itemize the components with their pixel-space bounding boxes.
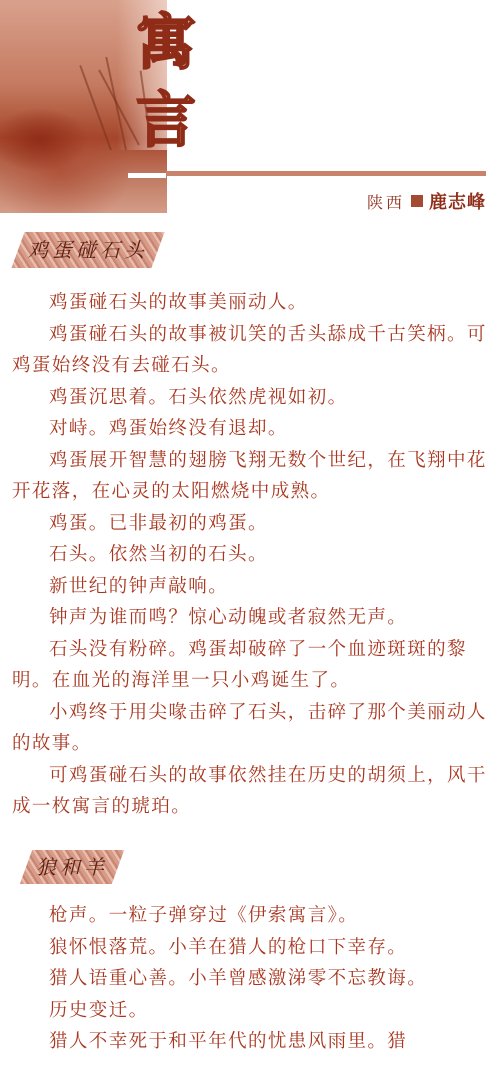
- paragraph: 猎人语重心善。小羊曾感激涕零不忘教诲。: [12, 963, 492, 995]
- paragraph: 鸡蛋。已非最初的鸡蛋。: [12, 508, 492, 540]
- paragraph: 石头。依然当初的石头。: [12, 539, 492, 571]
- section-heading-text: 鸡蛋碰石头: [28, 232, 148, 268]
- author-name: 鹿志峰: [429, 188, 486, 214]
- section-heading-1: 鸡蛋碰石头: [11, 232, 164, 268]
- paragraph: 鸡蛋展开智慧的翅膀飞翔无数个世纪，在飞翔中花开花落，在心灵的太阳燃烧中成熟。: [12, 445, 492, 508]
- paragraph: 鸡蛋碰石头的故事被讥笑的舌头舔成千古笑柄。可鸡蛋始终没有去碰石头。: [12, 319, 492, 382]
- paragraph: 可鸡蛋碰石头的故事依然挂在历史的胡须上，风干成一枚寓言的琥珀。: [12, 760, 492, 823]
- paragraph: 历史变迁。: [12, 995, 492, 1027]
- paragraph: 石头没有粉碎。鸡蛋却破碎了一个血迹斑斑的黎明。在血光的海洋里一只小鸡诞生了。: [12, 634, 492, 697]
- author-line: 陕西 鹿志峰: [367, 188, 486, 214]
- paragraph: 狼怀恨落荒。小羊在猎人的枪口下幸存。: [12, 932, 492, 964]
- paragraph: 新世纪的钟声敲响。: [12, 571, 492, 603]
- paragraph: 对峙。鸡蛋始终没有退却。: [12, 413, 492, 445]
- section-body-2: 枪声。一粒子弹穿过《伊索寓言》。 狼怀恨落荒。小羊在猎人的枪口下幸存。 猎人语重…: [12, 900, 492, 1058]
- paragraph: 鸡蛋沉思着。石头依然虎视如初。: [12, 382, 492, 414]
- title-char-2: 言: [133, 88, 199, 154]
- title-char-1: 寓: [133, 10, 199, 76]
- paragraph: 钟声为谁而鸣？惊心动魄或者寂然无声。: [12, 602, 492, 634]
- paragraph: 枪声。一粒子弹穿过《伊索寓言》。: [12, 900, 492, 932]
- paragraph: 小鸡终于用尖喙击碎了石头，击碎了那个美丽动人的故事。: [12, 697, 492, 760]
- section-heading-text: 狼和羊: [36, 850, 108, 884]
- article-header: 寓 言 陕西 鹿志峰: [0, 0, 500, 215]
- divider-rule: [166, 171, 486, 176]
- paragraph: 鸡蛋碰石头的故事美丽动人。: [12, 287, 492, 319]
- paragraph: 猎人不幸死于和平年代的忧患风雨里。猎: [12, 1026, 492, 1058]
- divider-white: [128, 173, 166, 178]
- square-bullet-icon: [411, 195, 423, 207]
- section-heading-2: 狼和羊: [20, 850, 124, 884]
- reed-decoration: [79, 65, 112, 150]
- author-place: 陕西: [367, 190, 405, 213]
- section-body-1: 鸡蛋碰石头的故事美丽动人。 鸡蛋碰石头的故事被讥笑的舌头舔成千古笑柄。可鸡蛋始终…: [12, 287, 492, 823]
